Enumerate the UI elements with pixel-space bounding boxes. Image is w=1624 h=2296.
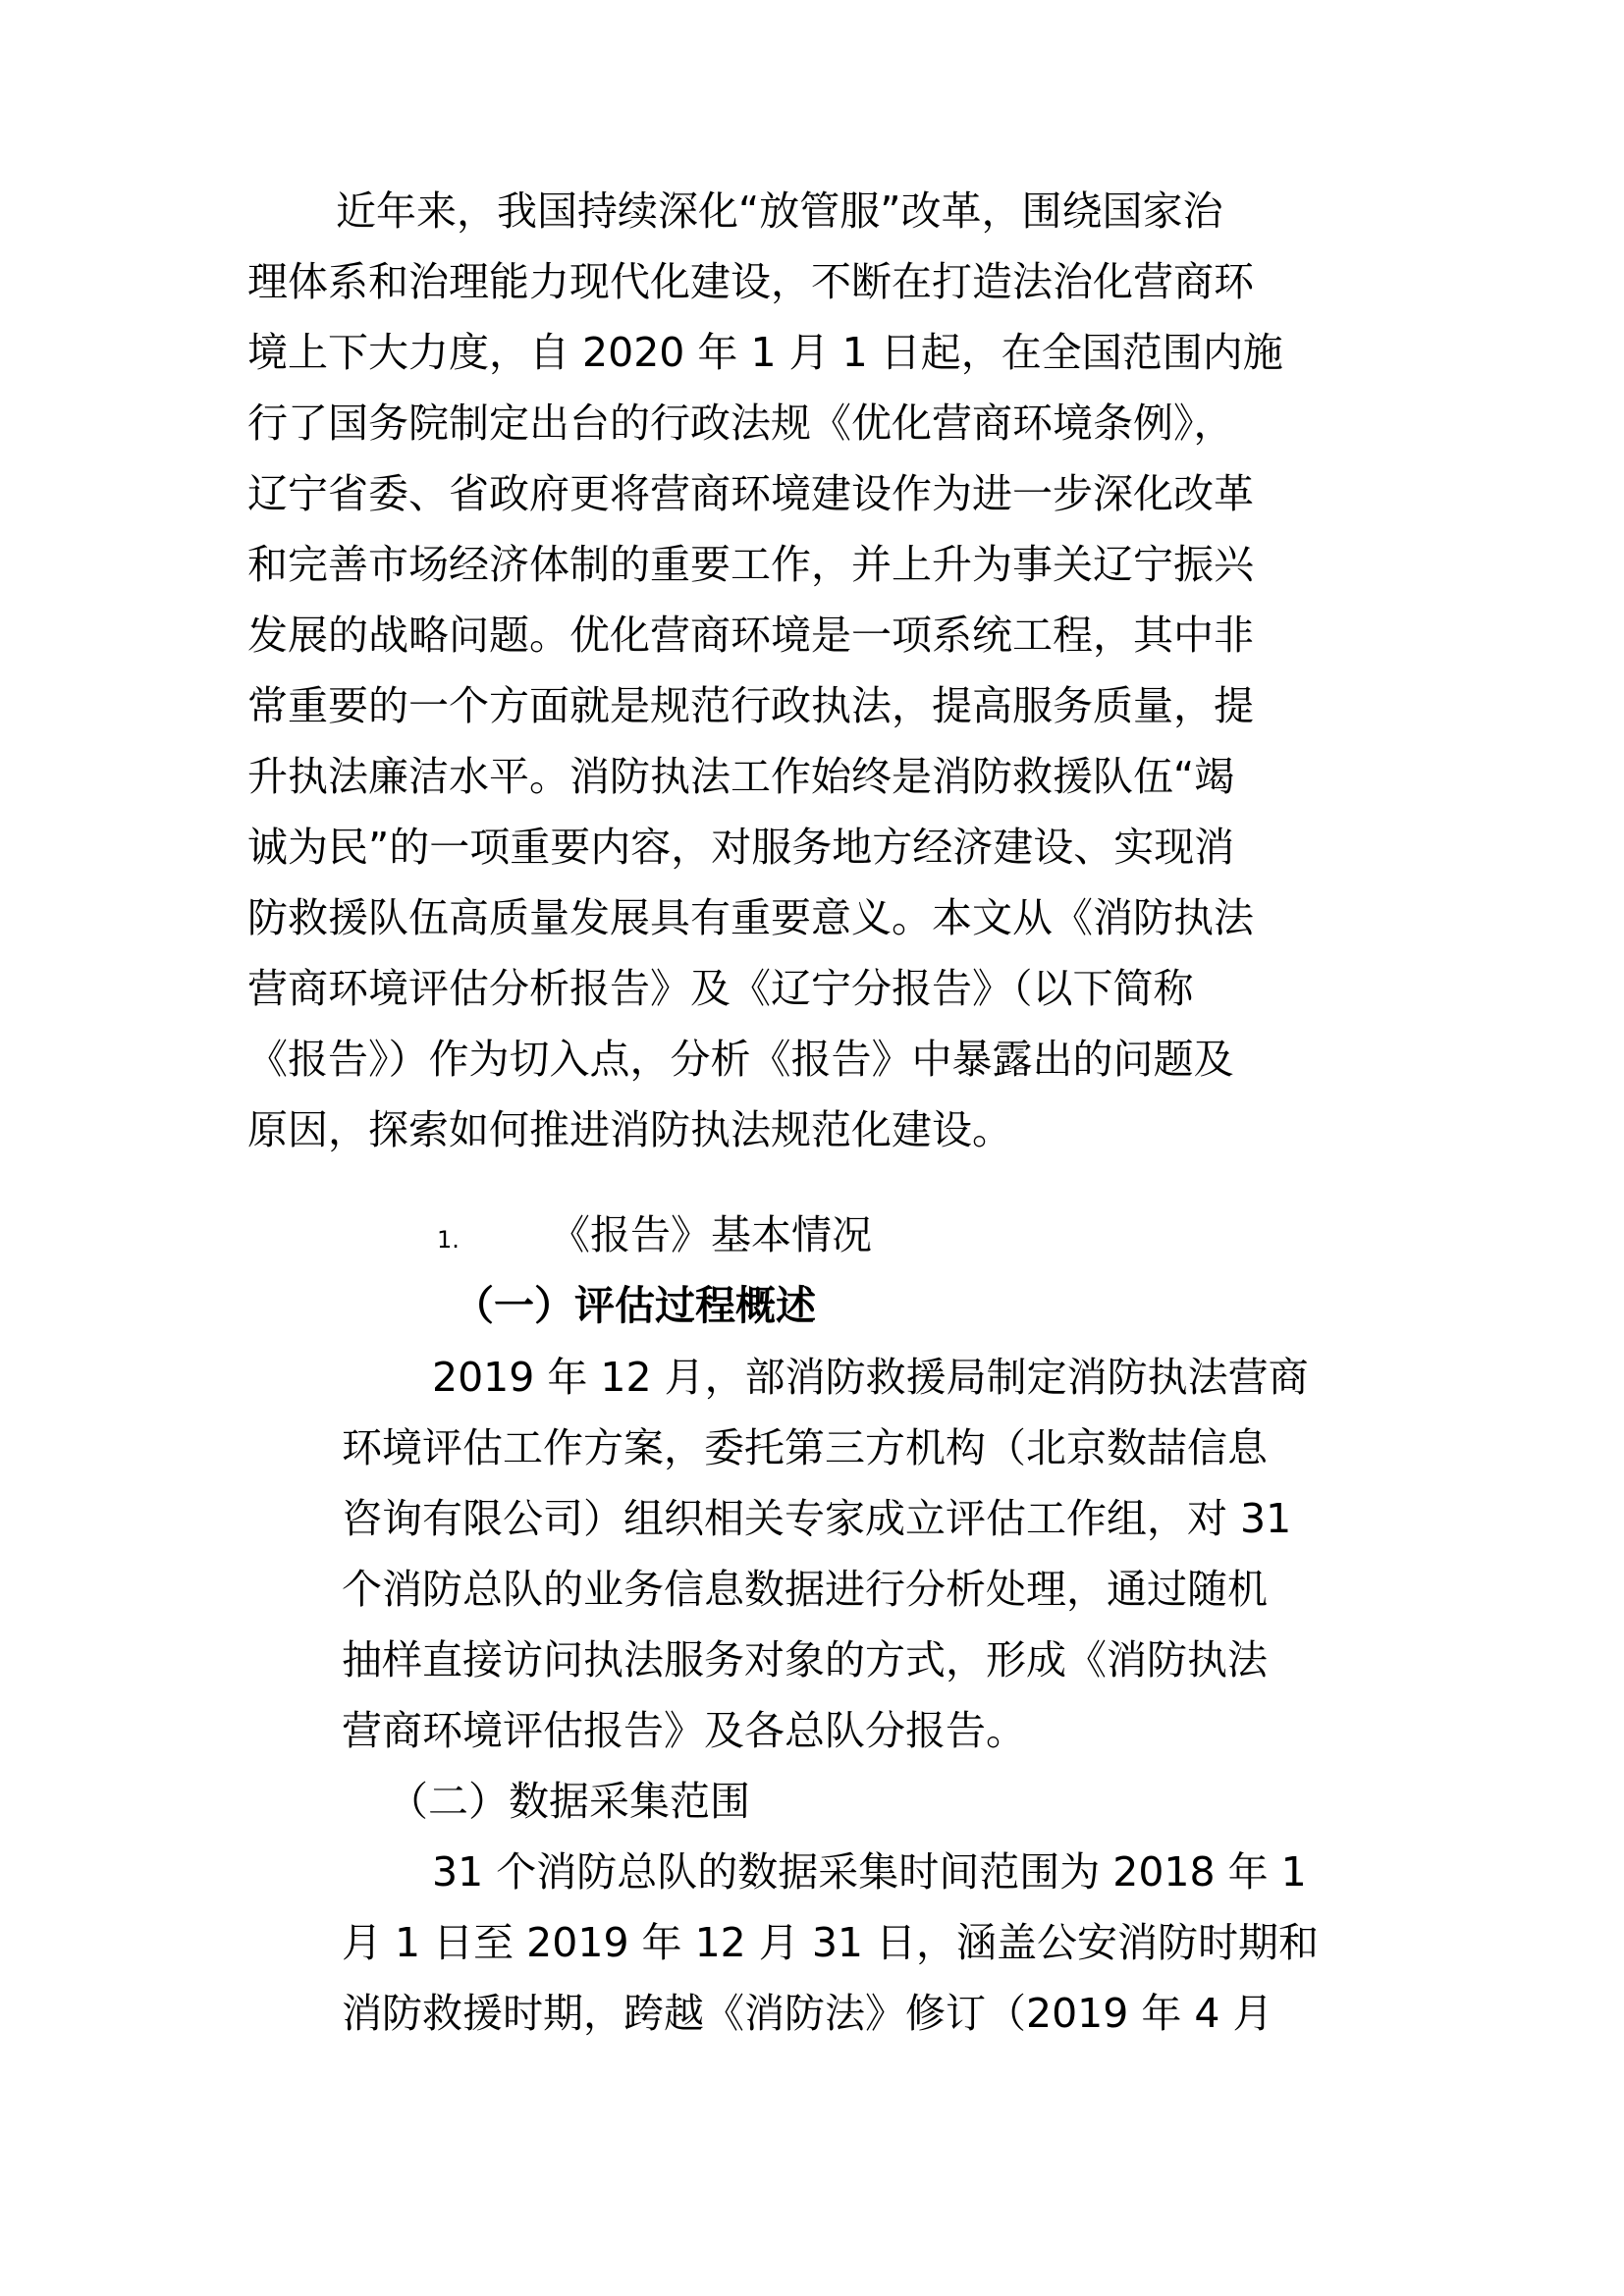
paragraph-line: 营商环境评估分析报告》及《辽宁分报告》（以下简称 xyxy=(247,964,1194,1013)
subsection-heading: （一）评估过程概述 xyxy=(454,1281,816,1330)
paragraph-line: 理体系和治理能力现代化建设，不断在打造法治化营商环 xyxy=(247,257,1254,306)
paragraph-line: 和完善市场经济体制的重要工作，并上升为事关辽宁振兴 xyxy=(247,540,1254,589)
paragraph-line: 行了国务院制定出台的行政法规《优化营商环境条例》， xyxy=(247,399,1234,448)
paragraph-line: 月 1 日至 2019 年 12 月 31 日，涵盖公安消防时期和 xyxy=(342,1918,1319,1967)
paragraph-line: 防救援队伍高质量发展具有重要意义。本文从《消防执法 xyxy=(247,893,1254,942)
paragraph-line: 近年来，我国持续深化“放管服”改革，围绕国家治 xyxy=(336,187,1222,236)
paragraph-line: 抽样直接访问执法服务对象的方式，形成《消防执法 xyxy=(342,1635,1268,1684)
section-title: 《报告》基本情况 xyxy=(550,1210,872,1259)
subsection-heading: （二）数据采集范围 xyxy=(388,1777,750,1826)
paragraph-line: 辽宁省委、省政府更将营商环境建设作为进一步深化改革 xyxy=(247,469,1254,518)
section-number: 1. xyxy=(437,1215,460,1264)
paragraph-line: 原因，探索如何推进消防执法规范化建设。 xyxy=(247,1105,1012,1154)
paragraph-line: 常重要的一个方面就是规范行政执法，提高服务质量，提 xyxy=(247,681,1254,730)
paragraph-line: 发展的战略问题。优化营商环境是一项系统工程，其中非 xyxy=(247,611,1254,660)
paragraph-line: 境上下大力度，自 2020 年 1 月 1 日起，在全国范围内施 xyxy=(247,328,1283,377)
paragraph-line: 消防救援时期，跨越《消防法》修订（2019 年 4 月 xyxy=(342,1989,1273,2038)
paragraph-line: 升执法廉洁水平。消防执法工作始终是消防救援队伍“竭 xyxy=(247,752,1234,801)
paragraph-line: 31 个消防总队的数据采集时间范围为 2018 年 1 xyxy=(432,1847,1307,1896)
paragraph-line: 环境评估工作方案，委托第三方机构（北京数喆信息 xyxy=(342,1423,1268,1472)
paragraph-line: 《报告》）作为切入点，分析《报告》中暴露出的问题及 xyxy=(247,1035,1234,1084)
paragraph-line: 咨询有限公司）组织相关专家成立评估工作组，对 31 xyxy=(342,1494,1291,1543)
paragraph-line: 个消防总队的业务信息数据进行分析处理，通过随机 xyxy=(342,1565,1268,1614)
paragraph-line: 营商环境评估报告》及各总队分报告。 xyxy=(342,1706,1026,1755)
paragraph-line: 2019 年 12 月，部消防救援局制定消防执法营商 xyxy=(432,1353,1309,1402)
paragraph-line: 诚为民”的一项重要内容，对服务地方经济建设、实现消 xyxy=(247,823,1234,872)
